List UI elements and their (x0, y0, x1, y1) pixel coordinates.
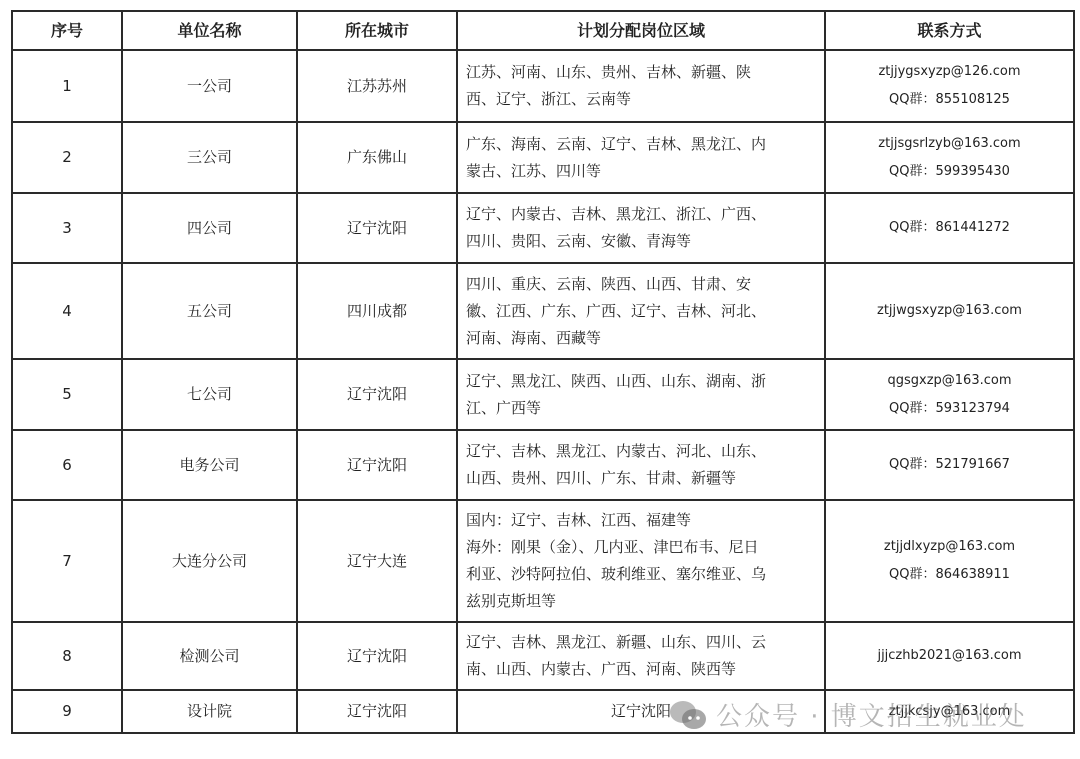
table-row: 9设计院辽宁沈阳辽宁沈阳ztjjkcsjy@163.com (12, 690, 1074, 733)
cell-city: 辽宁沈阳 (297, 690, 457, 733)
contact-email[interactable]: ztjjsgsrlzyb@163.com (834, 130, 1065, 158)
region-line: 辽宁、黑龙江、陕西、山西、山东、湖南、浙 (466, 368, 816, 395)
cell-regions: 江苏、河南、山东、贵州、吉林、新疆、陕西、辽宁、浙江、云南等 (457, 50, 825, 122)
region-line: 兹别克斯坦等 (466, 588, 816, 615)
region-line: 河南、海南、西藏等 (466, 325, 816, 352)
region-line: 西、辽宁、浙江、云南等 (466, 86, 816, 113)
cell-contact: ztjjwgsxyzp@163.com (825, 263, 1074, 359)
contact-qq-group: QQ群：855108125 (834, 86, 1065, 114)
cell-city: 广东佛山 (297, 122, 457, 193)
table-row: 1一公司江苏苏州江苏、河南、山东、贵州、吉林、新疆、陕西、辽宁、浙江、云南等zt… (12, 50, 1074, 122)
region-line: 江苏、河南、山东、贵州、吉林、新疆、陕 (466, 59, 816, 86)
contact-qq-group: QQ群：521791667 (834, 451, 1065, 479)
header-row: 序号 单位名称 所在城市 计划分配岗位区域 联系方式 (12, 11, 1074, 50)
cell-regions: 辽宁、黑龙江、陕西、山西、山东、湖南、浙江、广西等 (457, 359, 825, 430)
cell-unit: 五公司 (122, 263, 297, 359)
recruitment-table: 序号 单位名称 所在城市 计划分配岗位区域 联系方式 1一公司江苏苏州江苏、河南… (11, 10, 1075, 734)
cell-unit: 检测公司 (122, 622, 297, 690)
cell-no: 7 (12, 500, 122, 622)
cell-unit: 一公司 (122, 50, 297, 122)
region-line: 海外：刚果（金）、几内亚、津巴布韦、尼日 (466, 534, 816, 561)
header-unit: 单位名称 (122, 11, 297, 50)
region-line: 辽宁沈阳 (466, 698, 816, 725)
header-city: 所在城市 (297, 11, 457, 50)
table-row: 7大连分公司辽宁大连国内：辽宁、吉林、江西、福建等海外：刚果（金）、几内亚、津巴… (12, 500, 1074, 622)
cell-contact: ztjjdlxyzp@163.comQQ群：864638911 (825, 500, 1074, 622)
table-row: 4五公司四川成都四川、重庆、云南、陕西、山西、甘肃、安徽、江西、广东、广西、辽宁… (12, 263, 1074, 359)
table-row: 2三公司广东佛山广东、海南、云南、辽宁、吉林、黑龙江、内蒙古、江苏、四川等ztj… (12, 122, 1074, 193)
region-line: 蒙古、江苏、四川等 (466, 158, 816, 185)
table-row: 5七公司辽宁沈阳辽宁、黑龙江、陕西、山西、山东、湖南、浙江、广西等qgsgxzp… (12, 359, 1074, 430)
region-line: 江、广西等 (466, 395, 816, 422)
cell-no: 5 (12, 359, 122, 430)
cell-no: 3 (12, 193, 122, 263)
cell-regions: 国内：辽宁、吉林、江西、福建等海外：刚果（金）、几内亚、津巴布韦、尼日利亚、沙特… (457, 500, 825, 622)
region-line: 辽宁、吉林、黑龙江、新疆、山东、四川、云 (466, 629, 816, 656)
header-no: 序号 (12, 11, 122, 50)
contact-qq-group: QQ群：593123794 (834, 395, 1065, 423)
cell-city: 辽宁沈阳 (297, 359, 457, 430)
region-line: 南、山西、内蒙古、广西、河南、陕西等 (466, 656, 816, 683)
cell-regions: 辽宁、吉林、黑龙江、内蒙古、河北、山东、山西、贵州、四川、广东、甘肃、新疆等 (457, 430, 825, 500)
contact-email[interactable]: qgsgxzp@163.com (834, 367, 1065, 395)
cell-regions: 辽宁沈阳 (457, 690, 825, 733)
cell-city: 辽宁沈阳 (297, 430, 457, 500)
region-line: 辽宁、吉林、黑龙江、内蒙古、河北、山东、 (466, 438, 816, 465)
cell-contact: ztjjygsxyzp@126.comQQ群：855108125 (825, 50, 1074, 122)
region-line: 四川、贵阳、云南、安徽、青海等 (466, 228, 816, 255)
cell-regions: 辽宁、吉林、黑龙江、新疆、山东、四川、云南、山西、内蒙古、广西、河南、陕西等 (457, 622, 825, 690)
region-line: 国内：辽宁、吉林、江西、福建等 (466, 507, 816, 534)
region-line: 广东、海南、云南、辽宁、吉林、黑龙江、内 (466, 131, 816, 158)
cell-regions: 广东、海南、云南、辽宁、吉林、黑龙江、内蒙古、江苏、四川等 (457, 122, 825, 193)
cell-no: 2 (12, 122, 122, 193)
contact-email[interactable]: ztjjkcsjy@163.com (834, 698, 1065, 726)
region-line: 利亚、沙特阿拉伯、玻利维亚、塞尔维亚、乌 (466, 561, 816, 588)
cell-city: 辽宁沈阳 (297, 193, 457, 263)
cell-city: 辽宁大连 (297, 500, 457, 622)
cell-unit: 设计院 (122, 690, 297, 733)
region-line: 辽宁、内蒙古、吉林、黑龙江、浙江、广西、 (466, 201, 816, 228)
cell-unit: 大连分公司 (122, 500, 297, 622)
cell-contact: QQ群：861441272 (825, 193, 1074, 263)
contact-email[interactable]: ztjjdlxyzp@163.com (834, 533, 1065, 561)
region-line: 山西、贵州、四川、广东、甘肃、新疆等 (466, 465, 816, 492)
cell-no: 1 (12, 50, 122, 122)
cell-no: 9 (12, 690, 122, 733)
cell-contact: ztjjsgsrlzyb@163.comQQ群：599395430 (825, 122, 1074, 193)
header-contact: 联系方式 (825, 11, 1074, 50)
contact-qq-group: QQ群：861441272 (834, 214, 1065, 242)
cell-regions: 辽宁、内蒙古、吉林、黑龙江、浙江、广西、四川、贵阳、云南、安徽、青海等 (457, 193, 825, 263)
table-row: 6电务公司辽宁沈阳辽宁、吉林、黑龙江、内蒙古、河北、山东、山西、贵州、四川、广东… (12, 430, 1074, 500)
cell-no: 4 (12, 263, 122, 359)
contact-email[interactable]: ztjjygsxyzp@126.com (834, 58, 1065, 86)
header-regions: 计划分配岗位区域 (457, 11, 825, 50)
cell-city: 四川成都 (297, 263, 457, 359)
cell-city: 辽宁沈阳 (297, 622, 457, 690)
region-line: 四川、重庆、云南、陕西、山西、甘肃、安 (466, 271, 816, 298)
contact-qq-group: QQ群：864638911 (834, 561, 1065, 589)
cell-no: 8 (12, 622, 122, 690)
cell-regions: 四川、重庆、云南、陕西、山西、甘肃、安徽、江西、广东、广西、辽宁、吉林、河北、河… (457, 263, 825, 359)
cell-no: 6 (12, 430, 122, 500)
cell-unit: 电务公司 (122, 430, 297, 500)
contact-email[interactable]: jjjczhb2021@163.com (834, 642, 1065, 670)
cell-contact: QQ群：521791667 (825, 430, 1074, 500)
cell-contact: jjjczhb2021@163.com (825, 622, 1074, 690)
table-row: 8检测公司辽宁沈阳辽宁、吉林、黑龙江、新疆、山东、四川、云南、山西、内蒙古、广西… (12, 622, 1074, 690)
cell-unit: 三公司 (122, 122, 297, 193)
cell-unit: 四公司 (122, 193, 297, 263)
contact-email[interactable]: ztjjwgsxyzp@163.com (834, 297, 1065, 325)
region-line: 徽、江西、广东、广西、辽宁、吉林、河北、 (466, 298, 816, 325)
cell-contact: qgsgxzp@163.comQQ群：593123794 (825, 359, 1074, 430)
table-row: 3四公司辽宁沈阳辽宁、内蒙古、吉林、黑龙江、浙江、广西、四川、贵阳、云南、安徽、… (12, 193, 1074, 263)
contact-qq-group: QQ群：599395430 (834, 158, 1065, 186)
cell-unit: 七公司 (122, 359, 297, 430)
cell-contact: ztjjkcsjy@163.com (825, 690, 1074, 733)
cell-city: 江苏苏州 (297, 50, 457, 122)
